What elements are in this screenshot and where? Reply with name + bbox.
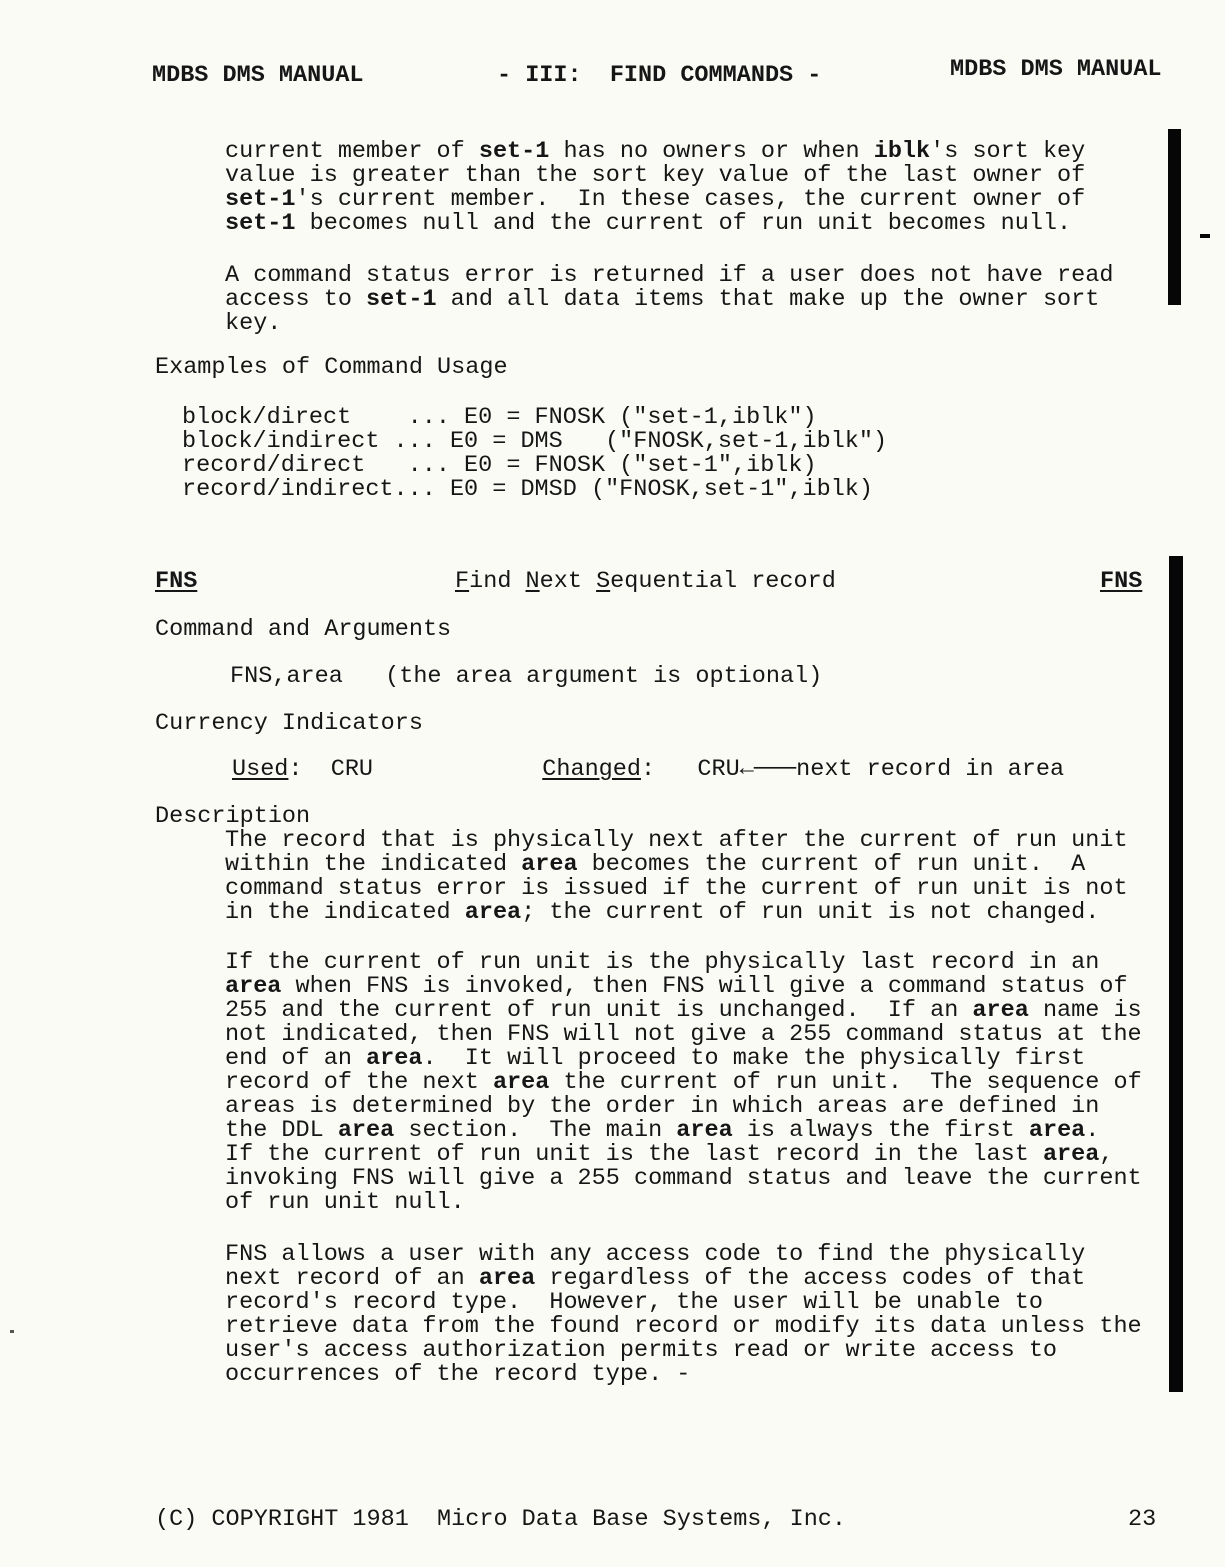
header-left-title: MDBS DMS MANUAL (152, 64, 364, 88)
command-arguments-label: Command and Arguments (155, 618, 451, 642)
header-right-title: MDBS DMS MANUAL (950, 58, 1162, 82)
header-chapter-title: - III: FIND COMMANDS - (497, 64, 821, 88)
description-paragraph-1: The record that is physically next after… (225, 829, 1128, 925)
examples-code-block: block/direct ... E0 = FNOSK ("set-1,iblk… (182, 406, 887, 502)
manual-page: MDBS DMS MANUAL - III: FIND COMMANDS - M… (0, 0, 1225, 1567)
currency-indicators-label: Currency Indicators (155, 712, 423, 736)
intro-paragraph-1: current member of set-1 has no owners or… (225, 140, 1085, 236)
change-bar-top (1168, 129, 1181, 305)
intro-paragraph-2: A command status error is returned if a … (225, 264, 1113, 336)
currency-used-changed-line: Used: CRU Changed: CRU←───next record in… (232, 758, 1064, 782)
description-paragraph-3: FNS allows a user with any access code t… (225, 1243, 1142, 1387)
footer-copyright: (C) COPYRIGHT 1981 Micro Data Base Syste… (155, 1508, 846, 1532)
margin-dash-mark (1200, 234, 1210, 238)
command-code-left: FNS (155, 570, 197, 594)
examples-heading: Examples of Command Usage (155, 356, 508, 380)
change-bar-fns (1169, 556, 1183, 1392)
command-title: Find Next Sequential record (455, 570, 836, 594)
footer-page-number: 23 (1128, 1508, 1156, 1532)
scan-speck (10, 1330, 14, 1333)
description-paragraph-2: If the current of run unit is the physic… (225, 951, 1142, 1215)
command-syntax-line: FNS,area (the area argument is optional) (230, 665, 822, 689)
description-label: Description (155, 805, 310, 829)
command-code-right: FNS (1100, 570, 1142, 594)
